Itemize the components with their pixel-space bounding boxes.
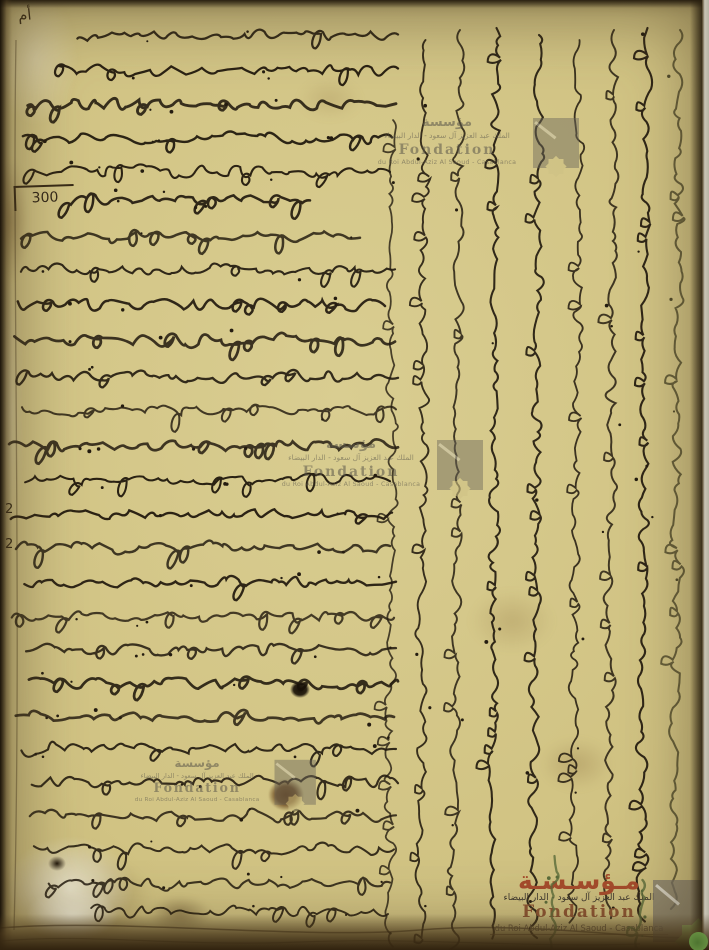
diacritic-dot xyxy=(545,901,548,904)
diacritic-dot xyxy=(556,875,559,878)
page-edge-left xyxy=(0,0,12,950)
page-edge-bottom xyxy=(0,914,709,950)
manuscript-scan-page: أم 300 2 2 مؤسسة الملك عبد العزيز آل سعو… xyxy=(0,0,709,950)
diacritic-dot xyxy=(641,889,644,892)
diacritic-dot xyxy=(547,876,551,880)
page-edge-right xyxy=(690,0,702,950)
green-ink-layer xyxy=(0,0,709,950)
green-star-core xyxy=(689,932,708,950)
scan-background-strip xyxy=(702,0,709,950)
page-edge-top xyxy=(0,0,709,8)
